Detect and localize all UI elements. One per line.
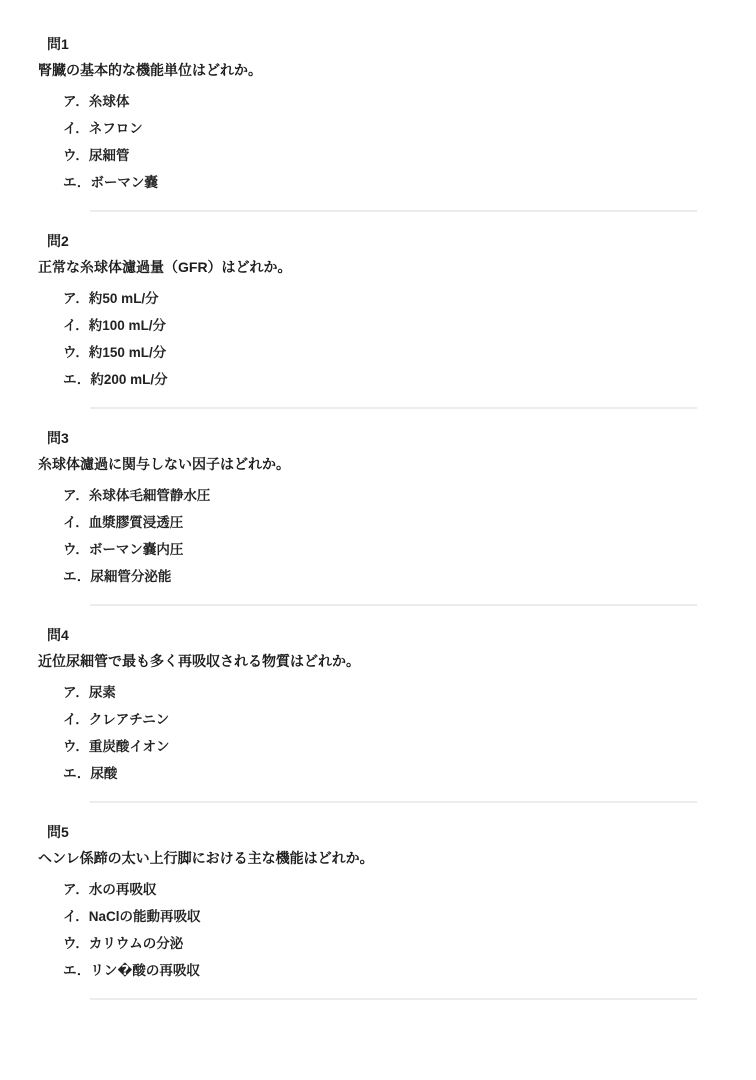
option-e: エ．ボーマン嚢 — [63, 169, 756, 196]
question-number: 問1 — [47, 36, 756, 52]
option-i: イ．クレアチニン — [63, 706, 756, 733]
option-a: ア．糸球体毛細管静水圧 — [63, 482, 756, 509]
question-block-3: 問3 糸球体濾過に関与しない因子はどれか。 ア．糸球体毛細管静水圧 イ．血漿膠質… — [0, 430, 756, 606]
question-divider — [90, 407, 697, 409]
option-e: エ．約200 mL/分 — [63, 366, 756, 393]
question-options: ア．尿素 イ．クレアチニン ウ．重炭酸イオン エ．尿酸 — [63, 679, 756, 787]
question-text: 糸球体濾過に関与しない因子はどれか。 — [38, 456, 756, 472]
question-options: ア．約50 mL/分 イ．約100 mL/分 ウ．約150 mL/分 エ．約20… — [63, 285, 756, 393]
question-block-4: 問4 近位尿細管で最も多く再吸収される物質はどれか。 ア．尿素 イ．クレアチニン… — [0, 627, 756, 803]
option-u: ウ．重炭酸イオン — [63, 733, 756, 760]
option-i: イ．ネフロン — [63, 115, 756, 142]
option-e: エ．リン�酸の再吸収 — [63, 957, 756, 984]
option-i: イ．血漿膠質浸透圧 — [63, 509, 756, 536]
option-u: ウ．尿細管 — [63, 142, 756, 169]
option-u: ウ．ボーマン嚢内圧 — [63, 536, 756, 563]
question-block-2: 問2 正常な糸球体濾過量（GFR）はどれか。 ア．約50 mL/分 イ．約100… — [0, 233, 756, 409]
option-a: ア．約50 mL/分 — [63, 285, 756, 312]
question-number: 問2 — [47, 233, 756, 249]
quiz-document: 問1 腎臓の基本的な機能単位はどれか。 ア．糸球体 イ．ネフロン ウ．尿細管 エ… — [0, 0, 756, 1000]
question-block-1: 問1 腎臓の基本的な機能単位はどれか。 ア．糸球体 イ．ネフロン ウ．尿細管 エ… — [0, 36, 756, 212]
question-text: 腎臓の基本的な機能単位はどれか。 — [38, 62, 756, 78]
question-divider — [90, 210, 697, 212]
option-a: ア．糸球体 — [63, 88, 756, 115]
question-options: ア．糸球体 イ．ネフロン ウ．尿細管 エ．ボーマン嚢 — [63, 88, 756, 196]
question-number: 問4 — [47, 627, 756, 643]
question-options: ア．糸球体毛細管静水圧 イ．血漿膠質浸透圧 ウ．ボーマン嚢内圧 エ．尿細管分泌能 — [63, 482, 756, 590]
question-text: 正常な糸球体濾過量（GFR）はどれか。 — [38, 259, 756, 275]
question-text: 近位尿細管で最も多く再吸収される物質はどれか。 — [38, 653, 756, 669]
option-i: イ．約100 mL/分 — [63, 312, 756, 339]
option-a: ア．水の再吸収 — [63, 876, 756, 903]
option-u: ウ．カリウムの分泌 — [63, 930, 756, 957]
option-e: エ．尿酸 — [63, 760, 756, 787]
option-a: ア．尿素 — [63, 679, 756, 706]
question-text: ヘンレ係蹄の太い上行脚における主な機能はどれか。 — [38, 850, 756, 866]
question-divider — [90, 604, 697, 606]
question-number: 問5 — [47, 824, 756, 840]
question-block-5: 問5 ヘンレ係蹄の太い上行脚における主な機能はどれか。 ア．水の再吸収 イ．Na… — [0, 824, 756, 1000]
question-divider — [90, 998, 697, 1000]
question-divider — [90, 801, 697, 803]
question-options: ア．水の再吸収 イ．NaClの能動再吸収 ウ．カリウムの分泌 エ．リン�酸の再吸… — [63, 876, 756, 984]
question-number: 問3 — [47, 430, 756, 446]
option-e: エ．尿細管分泌能 — [63, 563, 756, 590]
option-i: イ．NaClの能動再吸収 — [63, 903, 756, 930]
option-u: ウ．約150 mL/分 — [63, 339, 756, 366]
